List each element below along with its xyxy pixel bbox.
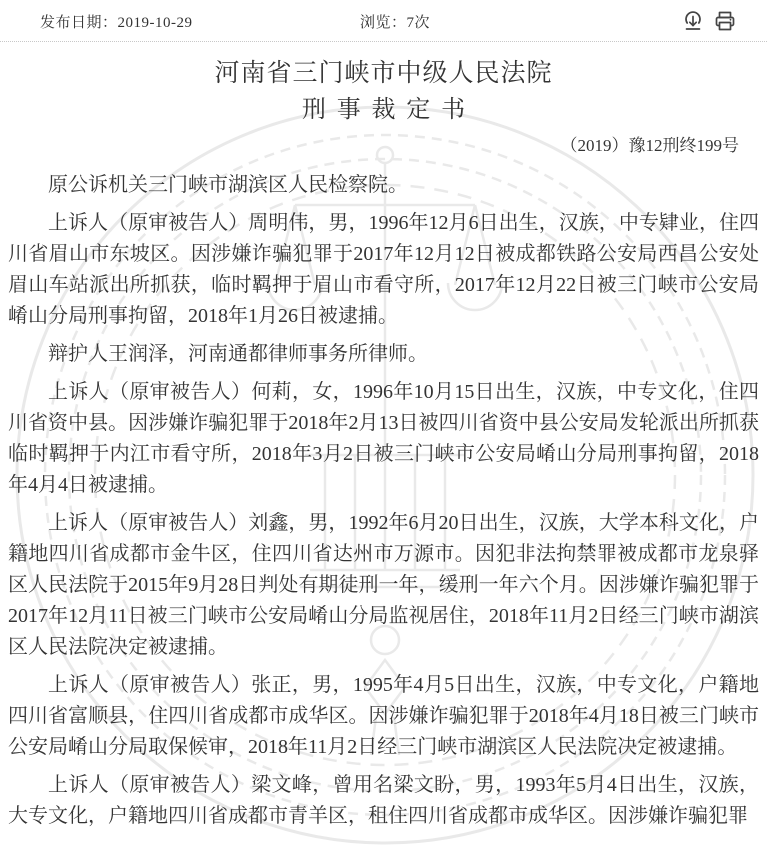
views-value: 7次 — [407, 15, 431, 31]
court-name: 河南省三门峡市中级人民法院 — [0, 57, 767, 90]
document-body: 原公诉机关三门峡市湖滨区人民检察院。上诉人（原审被告人）周明伟，男，1996年1… — [0, 170, 767, 832]
view-count: 浏览：7次 — [360, 11, 430, 32]
header-actions — [681, 9, 737, 33]
printer-icon[interactable] — [713, 9, 737, 33]
paragraph: 原公诉机关三门峡市湖滨区人民检察院。 — [8, 170, 759, 201]
download-icon[interactable] — [681, 9, 705, 33]
paragraph: 上诉人（原审被告人）周明伟，男，1996年12月6日出生，汉族，中专肄业，住四川… — [8, 208, 759, 332]
case-number: （2019）豫12刑终199号 — [0, 134, 767, 158]
paragraph: 上诉人（原审被告人）何莉，女，1996年10月15日出生，汉族，中专文化，住四川… — [8, 377, 759, 501]
views-label: 浏览： — [360, 15, 407, 31]
paragraph: 上诉人（原审被告人）张正，男，1995年4月5日出生，汉族，中专文化，户籍地四川… — [8, 670, 759, 763]
document-title: 刑事裁定书 — [0, 95, 767, 126]
page-header: 发布日期：2019-10-29 浏览：7次 — [0, 0, 767, 42]
publish-date-label: 发布日期： — [40, 15, 118, 31]
page-root: 发布日期：2019-10-29 浏览：7次 — [0, 0, 767, 862]
publish-date: 发布日期：2019-10-29 — [40, 11, 193, 32]
paragraph: 上诉人（原审被告人）梁文峰，曾用名梁文盼，男，1993年5月4日出生，汉族，大专… — [8, 770, 759, 832]
paragraph: 上诉人（原审被告人）刘鑫，男，1992年6月20日出生，汉族，大学本科文化，户籍… — [8, 508, 759, 663]
paragraph: 辩护人王润泽，河南通都律师事务所律师。 — [8, 339, 759, 370]
document-content: 河南省三门峡市中级人民法院 刑事裁定书 （2019）豫12刑终199号 原公诉机… — [0, 41, 767, 839]
publish-date-value: 2019-10-29 — [118, 15, 193, 31]
